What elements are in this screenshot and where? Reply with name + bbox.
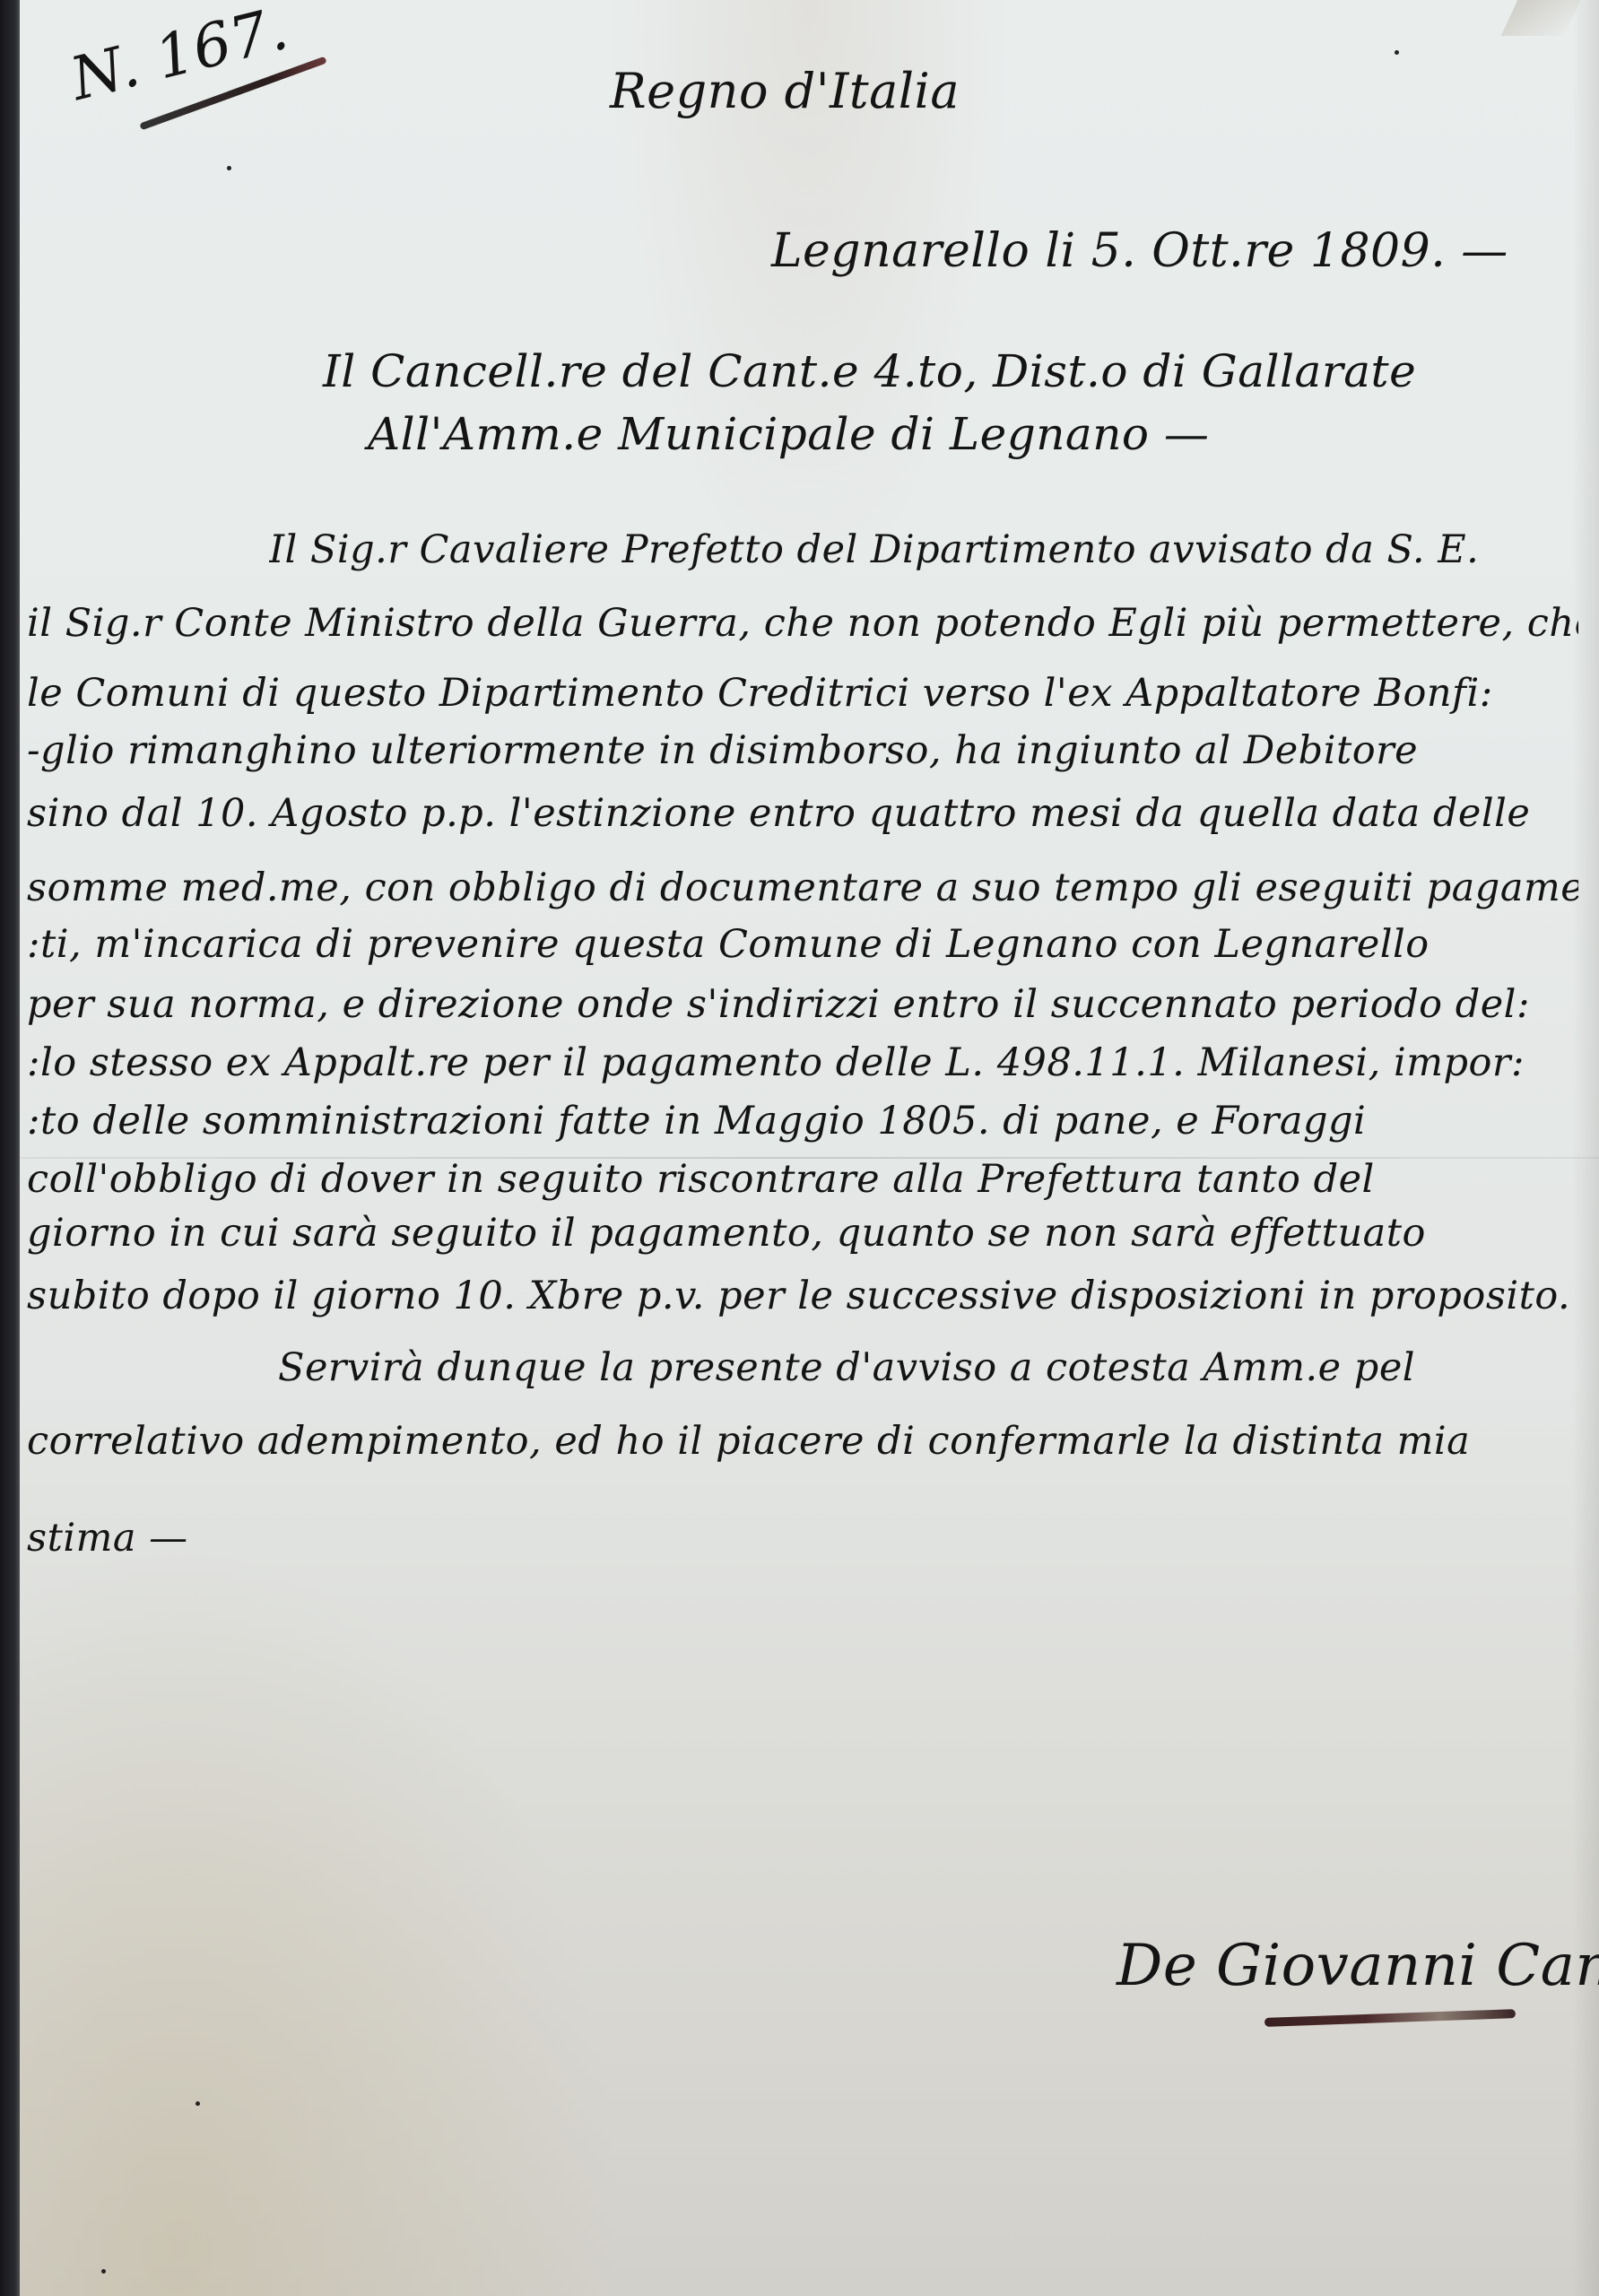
ink-speck xyxy=(101,2269,106,2274)
body-line: :ti, m'incarica di prevenire questa Comu… xyxy=(27,922,1578,967)
body-line: coll'obbligo di dover in seguito riscont… xyxy=(27,1157,1578,1202)
body-line: Servirà dunque la presente d'avviso a co… xyxy=(278,1345,1599,1390)
body-line: Il Sig.r Cavaliere Prefetto del Dipartim… xyxy=(269,527,1599,572)
body-line: le Comuni di questo Dipartimento Creditr… xyxy=(27,671,1578,716)
body-line: per sua norma, e direzione onde s'indiri… xyxy=(27,982,1578,1027)
signature: De Giovanni Canc.re xyxy=(1117,1933,1599,1999)
body-line: :lo stesso ex Appalt.re per il pagamento… xyxy=(27,1040,1578,1085)
body-line: -glio rimanghino ulteriormente in disimb… xyxy=(27,728,1578,773)
place-and-date: Legnarello li 5. Ott.re 1809. — xyxy=(771,224,1508,278)
body-line: giorno in cui sarà seguito il pagamento,… xyxy=(27,1211,1578,1256)
ink-speck xyxy=(196,2101,200,2106)
sender-line: Il Cancell.re del Cant.e 4.to, Dist.o di… xyxy=(323,345,1416,397)
document-heading: Regno d'Italia xyxy=(610,63,960,119)
body-line: correlativo adempimento, ed ho il piacer… xyxy=(27,1419,1578,1464)
body-line: somme med.me, con obbligo di documentare… xyxy=(27,865,1578,910)
body-line: sino dal 10. Agosto p.p. l'estinzione en… xyxy=(27,791,1578,836)
ink-speck xyxy=(1395,50,1399,55)
body-line: :to delle somministrazioni fatte in Magg… xyxy=(27,1099,1578,1144)
recipient-line: All'Amm.e Municipale di Legnano — xyxy=(368,408,1209,460)
ink-speck xyxy=(227,166,231,170)
body-line: il Sig.r Conte Ministro della Guerra, ch… xyxy=(27,601,1578,646)
body-line: subito dopo il giorno 10. Xbre p.v. per … xyxy=(27,1274,1578,1318)
closing-line: stima — xyxy=(27,1516,1578,1561)
scan-left-edge xyxy=(0,0,22,2296)
